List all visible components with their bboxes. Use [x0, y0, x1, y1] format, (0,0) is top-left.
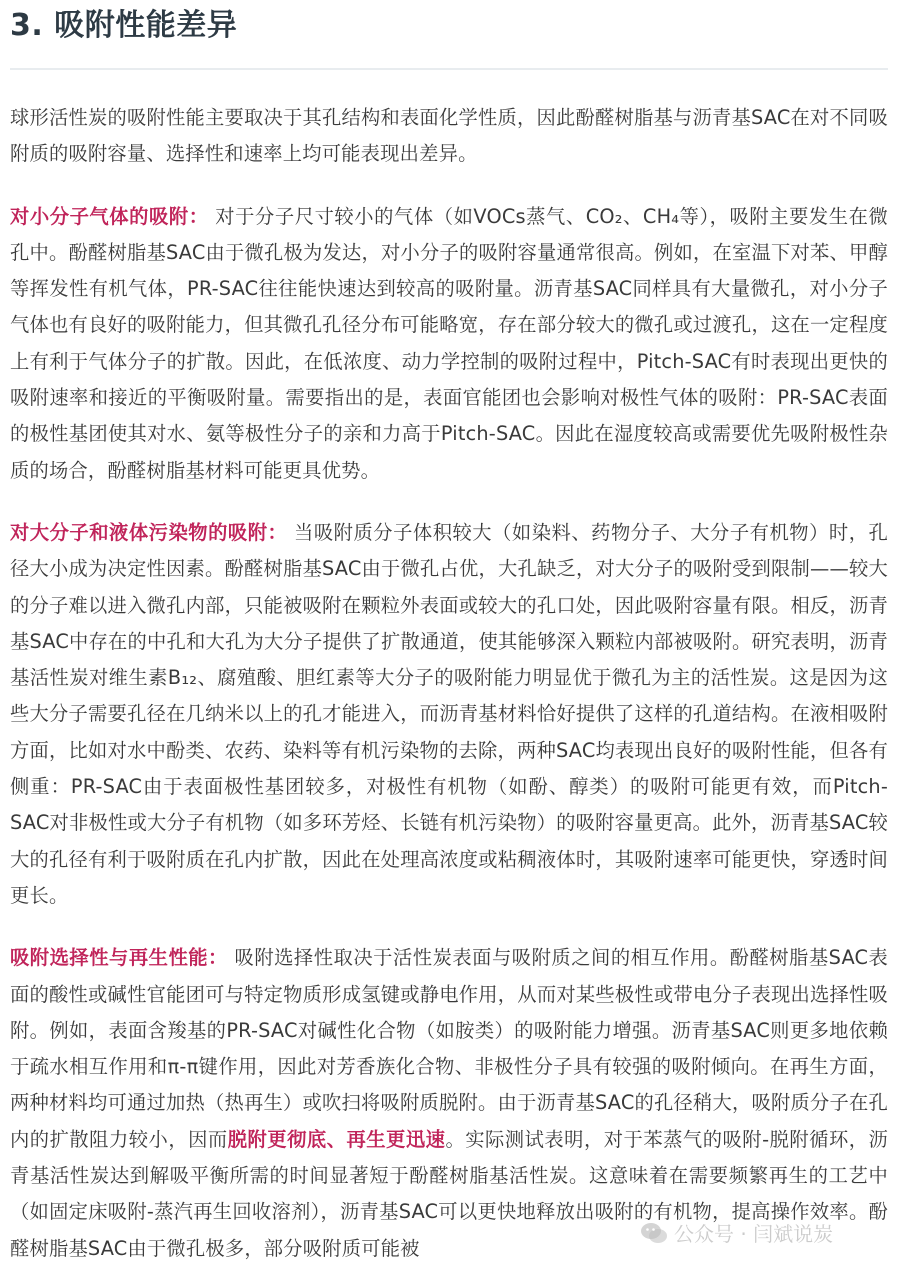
selectivity-text-before: 吸附选择性取决于活性炭表面与吸附质之间的相互作用。酚醛树脂基SAC表面的酸性或碱… [10, 946, 888, 1150]
large-molecule-heading: 对大分子和液体污染物的吸附： [10, 521, 287, 544]
intro-paragraph: 球形活性炭的吸附性能主要取决于其孔结构和表面化学性质，因此酚醛树脂基与沥青基SA… [10, 100, 888, 173]
large-molecule-text: 当吸附质分子体积较大（如染料、药物分子、大分子有机物）时，孔径大小成为决定性因素… [10, 521, 888, 907]
large-molecule-paragraph: 对大分子和液体污染物的吸附： 当吸附质分子体积较大（如染料、药物分子、大分子有机… [10, 515, 888, 914]
small-molecule-paragraph: 对小分子气体的吸附： 对于分子尺寸较小的气体（如VOCs蒸气、CO₂、CH₄等）… [10, 199, 888, 489]
selectivity-highlight: 脱附更彻底、再生更迅速 [228, 1128, 446, 1151]
title-divider [10, 68, 888, 70]
selectivity-paragraph: 吸附选择性与再生性能： 吸附选择性取决于活性炭表面与吸附质之间的相互作用。酚醛树… [10, 940, 888, 1267]
intro-text: 球形活性炭的吸附性能主要取决于其孔结构和表面化学性质，因此酚醛树脂基与沥青基SA… [10, 106, 888, 165]
small-molecule-heading: 对小分子气体的吸附： [10, 205, 209, 228]
article-page: 3. 吸附性能差异 球形活性炭的吸附性能主要取决于其孔结构和表面化学性质，因此酚… [0, 0, 898, 1267]
small-molecule-text: 对于分子尺寸较小的气体（如VOCs蒸气、CO₂、CH₄等），吸附主要发生在微孔中… [10, 205, 888, 482]
selectivity-heading: 吸附选择性与再生性能： [10, 946, 228, 969]
section-title: 3. 吸附性能差异 [10, 0, 888, 46]
